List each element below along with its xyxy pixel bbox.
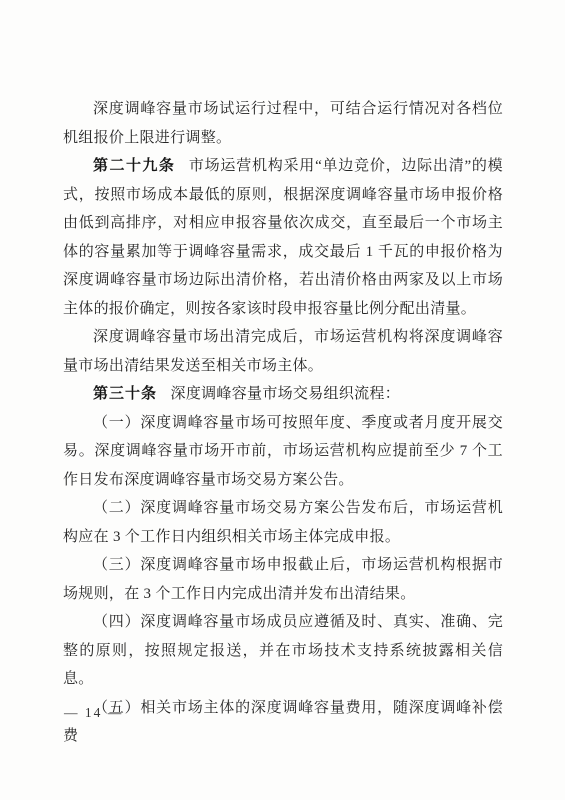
paragraph-trial-run: 深度调峰容量市场试运行过程中，可结合运行情况对各档位机组报价上限进行调整。: [63, 95, 503, 152]
article-30-number: 第三十条: [93, 385, 157, 402]
paragraph-item-5-text: （五）相关市场主体的深度调峰容量费用，随深度调峰补偿费: [63, 700, 503, 745]
document-body: 深度调峰容量市场试运行过程中，可结合运行情况对各档位机组报价上限进行调整。 第二…: [63, 95, 503, 751]
paragraph-item-1: （一）深度调峰容量市场可按照年度、季度或者月度开展交易。深度调峰容量市场开市前，…: [63, 409, 503, 495]
paragraph-item-3: （三）深度调峰容量市场申报截止后，市场运营机构根据市场规则，在 3 个工作日内完…: [63, 551, 503, 608]
paragraph-clearing-result: 深度调峰容量市场出清完成后，市场运营机构将深度调峰容量市场出清结果发送至相关市场…: [63, 323, 503, 380]
page-number: — 14 —: [64, 705, 123, 721]
paragraph-item-4: （四）深度调峰容量市场成员应遵循及时、真实、准确、完整的原则，按照规定报送，并在…: [63, 608, 503, 694]
article-30-text: 深度调峰容量市场交易组织流程：: [171, 386, 401, 402]
paragraph-item-1-text: （一）深度调峰容量市场可按照年度、季度或者月度开展交易。深度调峰容量市场开市前，…: [63, 415, 503, 488]
article-29-text: 市场运营机构采用“单边竞价，边际出清”的模式，按照市场成本最低的原则，根据深度调…: [63, 158, 503, 317]
paragraph-article-29: 第二十九条市场运营机构采用“单边竞价，边际出清”的模式，按照市场成本最低的原则，…: [63, 152, 503, 323]
document-page: 深度调峰容量市场试运行过程中，可结合运行情况对各档位机组报价上限进行调整。 第二…: [0, 0, 565, 800]
paragraph-trial-run-text: 深度调峰容量市场试运行过程中，可结合运行情况对各档位机组报价上限进行调整。: [63, 101, 503, 146]
paragraph-item-4-text: （四）深度调峰容量市场成员应遵循及时、真实、准确、完整的原则，按照规定报送，并在…: [63, 614, 503, 687]
paragraph-item-3-text: （三）深度调峰容量市场申报截止后，市场运营机构根据市场规则，在 3 个工作日内完…: [63, 557, 503, 602]
paragraph-article-30: 第三十条深度调峰容量市场交易组织流程：: [63, 380, 503, 409]
paragraph-item-2: （二）深度调峰容量市场交易方案公告发布后，市场运营机构应在 3 个工作日内组织相…: [63, 494, 503, 551]
paragraph-item-2-text: （二）深度调峰容量市场交易方案公告发布后，市场运营机构应在 3 个工作日内组织相…: [63, 500, 503, 545]
paragraph-item-5: （五）相关市场主体的深度调峰容量费用，随深度调峰补偿费: [63, 694, 503, 751]
paragraph-clearing-result-text: 深度调峰容量市场出清完成后，市场运营机构将深度调峰容量市场出清结果发送至相关市场…: [63, 329, 503, 374]
article-29-number: 第二十九条: [93, 157, 175, 174]
